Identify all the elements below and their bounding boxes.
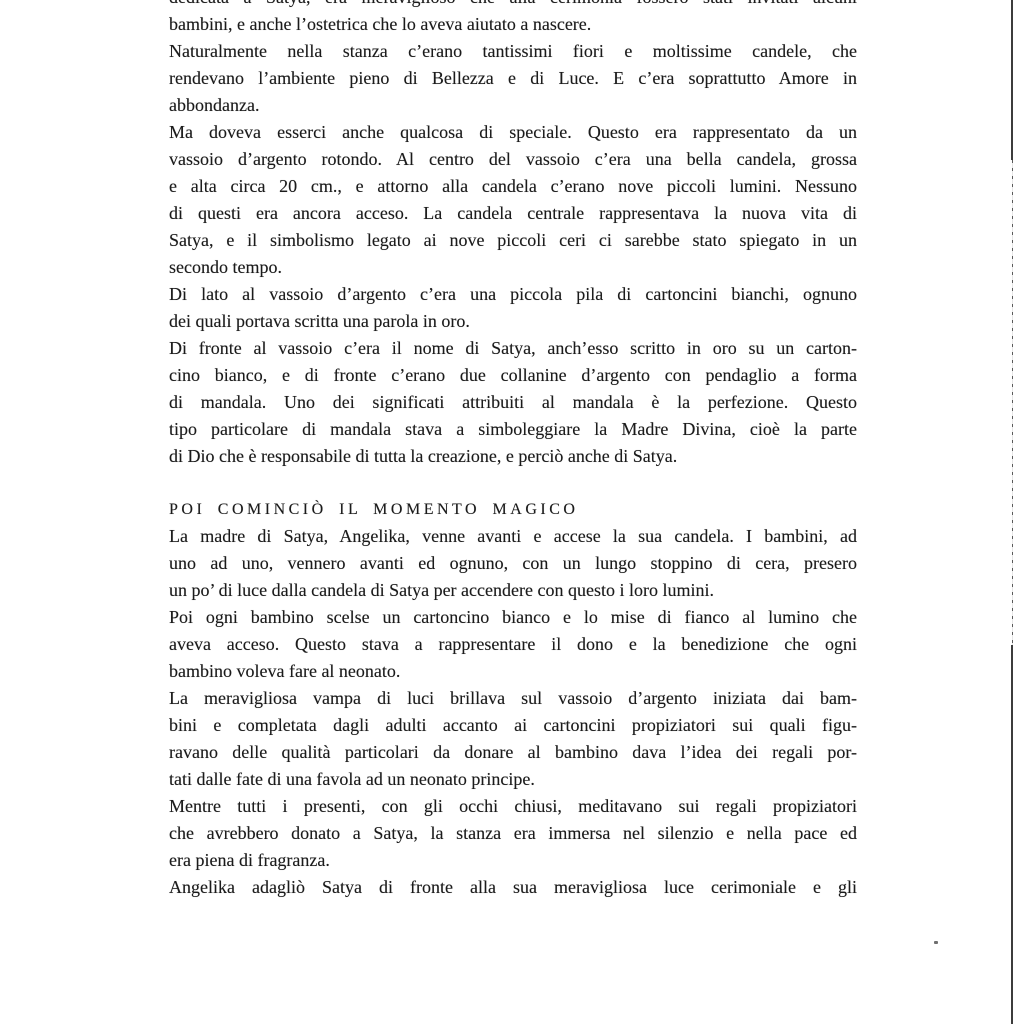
page-edge-line-middle [1012,160,1013,645]
text-line: cino bianco, e di fronte c’erano due col… [169,362,857,389]
text-line: aveva acceso. Questo stava a rappresenta… [169,631,857,658]
text-line: ravano delle qualità particolari da dona… [169,739,857,766]
text-line: uno ad uno, vennero avanti ed ognuno, co… [169,550,857,577]
page-edge-line-bottom [1011,645,1013,1024]
text-line: di mandala. Uno dei significati attribui… [169,389,857,416]
text-line: dei quali portava scritta una parola in … [169,308,857,335]
text-block: dedicata a Satya, era meraviglioso che a… [169,0,857,901]
text-line: bambino voleva fare al neonato. [169,658,857,685]
text-line: tipo particolare di mandala stava a simb… [169,416,857,443]
text-line: Di fronte al vassoio c’era il nome di Sa… [169,335,857,362]
text-line: bambini, e anche l’ostetrica che lo avev… [169,11,857,38]
text-line: che avrebbero donato a Satya, la stanza … [169,820,857,847]
text-line: abbondanza. [169,92,857,119]
text-line: vassoio d’argento rotondo. Al centro del… [169,146,857,173]
scan-speck-artifact [934,941,938,944]
section-heading: POI COMINCIÒ IL MOMENTO MAGICO [169,496,857,523]
text-line: Naturalmente nella stanza c’erano tantis… [169,38,857,65]
text-line: e alta circa 20 cm., e attorno alla cand… [169,173,857,200]
text-line: bini e completata dagli adulti accanto a… [169,712,857,739]
text-line: Di lato al vassoio d’argento c’era una p… [169,281,857,308]
scanned-page: dedicata a Satya, era meraviglioso che a… [0,0,1024,1024]
text-line: era piena di fragranza. [169,847,857,874]
text-line: Mentre tutti i presenti, con gli occhi c… [169,793,857,820]
text-line: tati dalle fate di una favola ad un neon… [169,766,857,793]
text-line: secondo tempo. [169,254,857,281]
text-line: un po’ di luce dalla candela di Satya pe… [169,577,857,604]
text-line: Poi ogni bambino scelse un cartoncino bi… [169,604,857,631]
page-edge-line-top [1011,0,1013,160]
text-line: Satya, e il simbolismo legato ai nove pi… [169,227,857,254]
text-line: La meravigliosa vampa di luci brillava s… [169,685,857,712]
text-line: rendevano l’ambiente pieno di Bellezza e… [169,65,857,92]
text-line: di Dio che è responsabile di tutta la cr… [169,443,857,470]
text-line: La madre di Satya, Angelika, venne avant… [169,523,857,550]
text-line: di questi era ancora acceso. La candela … [169,200,857,227]
text-line: Angelika adagliò Satya di fronte alla su… [169,874,857,901]
text-line: dedicata a Satya, era meraviglioso che a… [169,0,857,11]
text-line: Ma doveva esserci anche qualcosa di spec… [169,119,857,146]
